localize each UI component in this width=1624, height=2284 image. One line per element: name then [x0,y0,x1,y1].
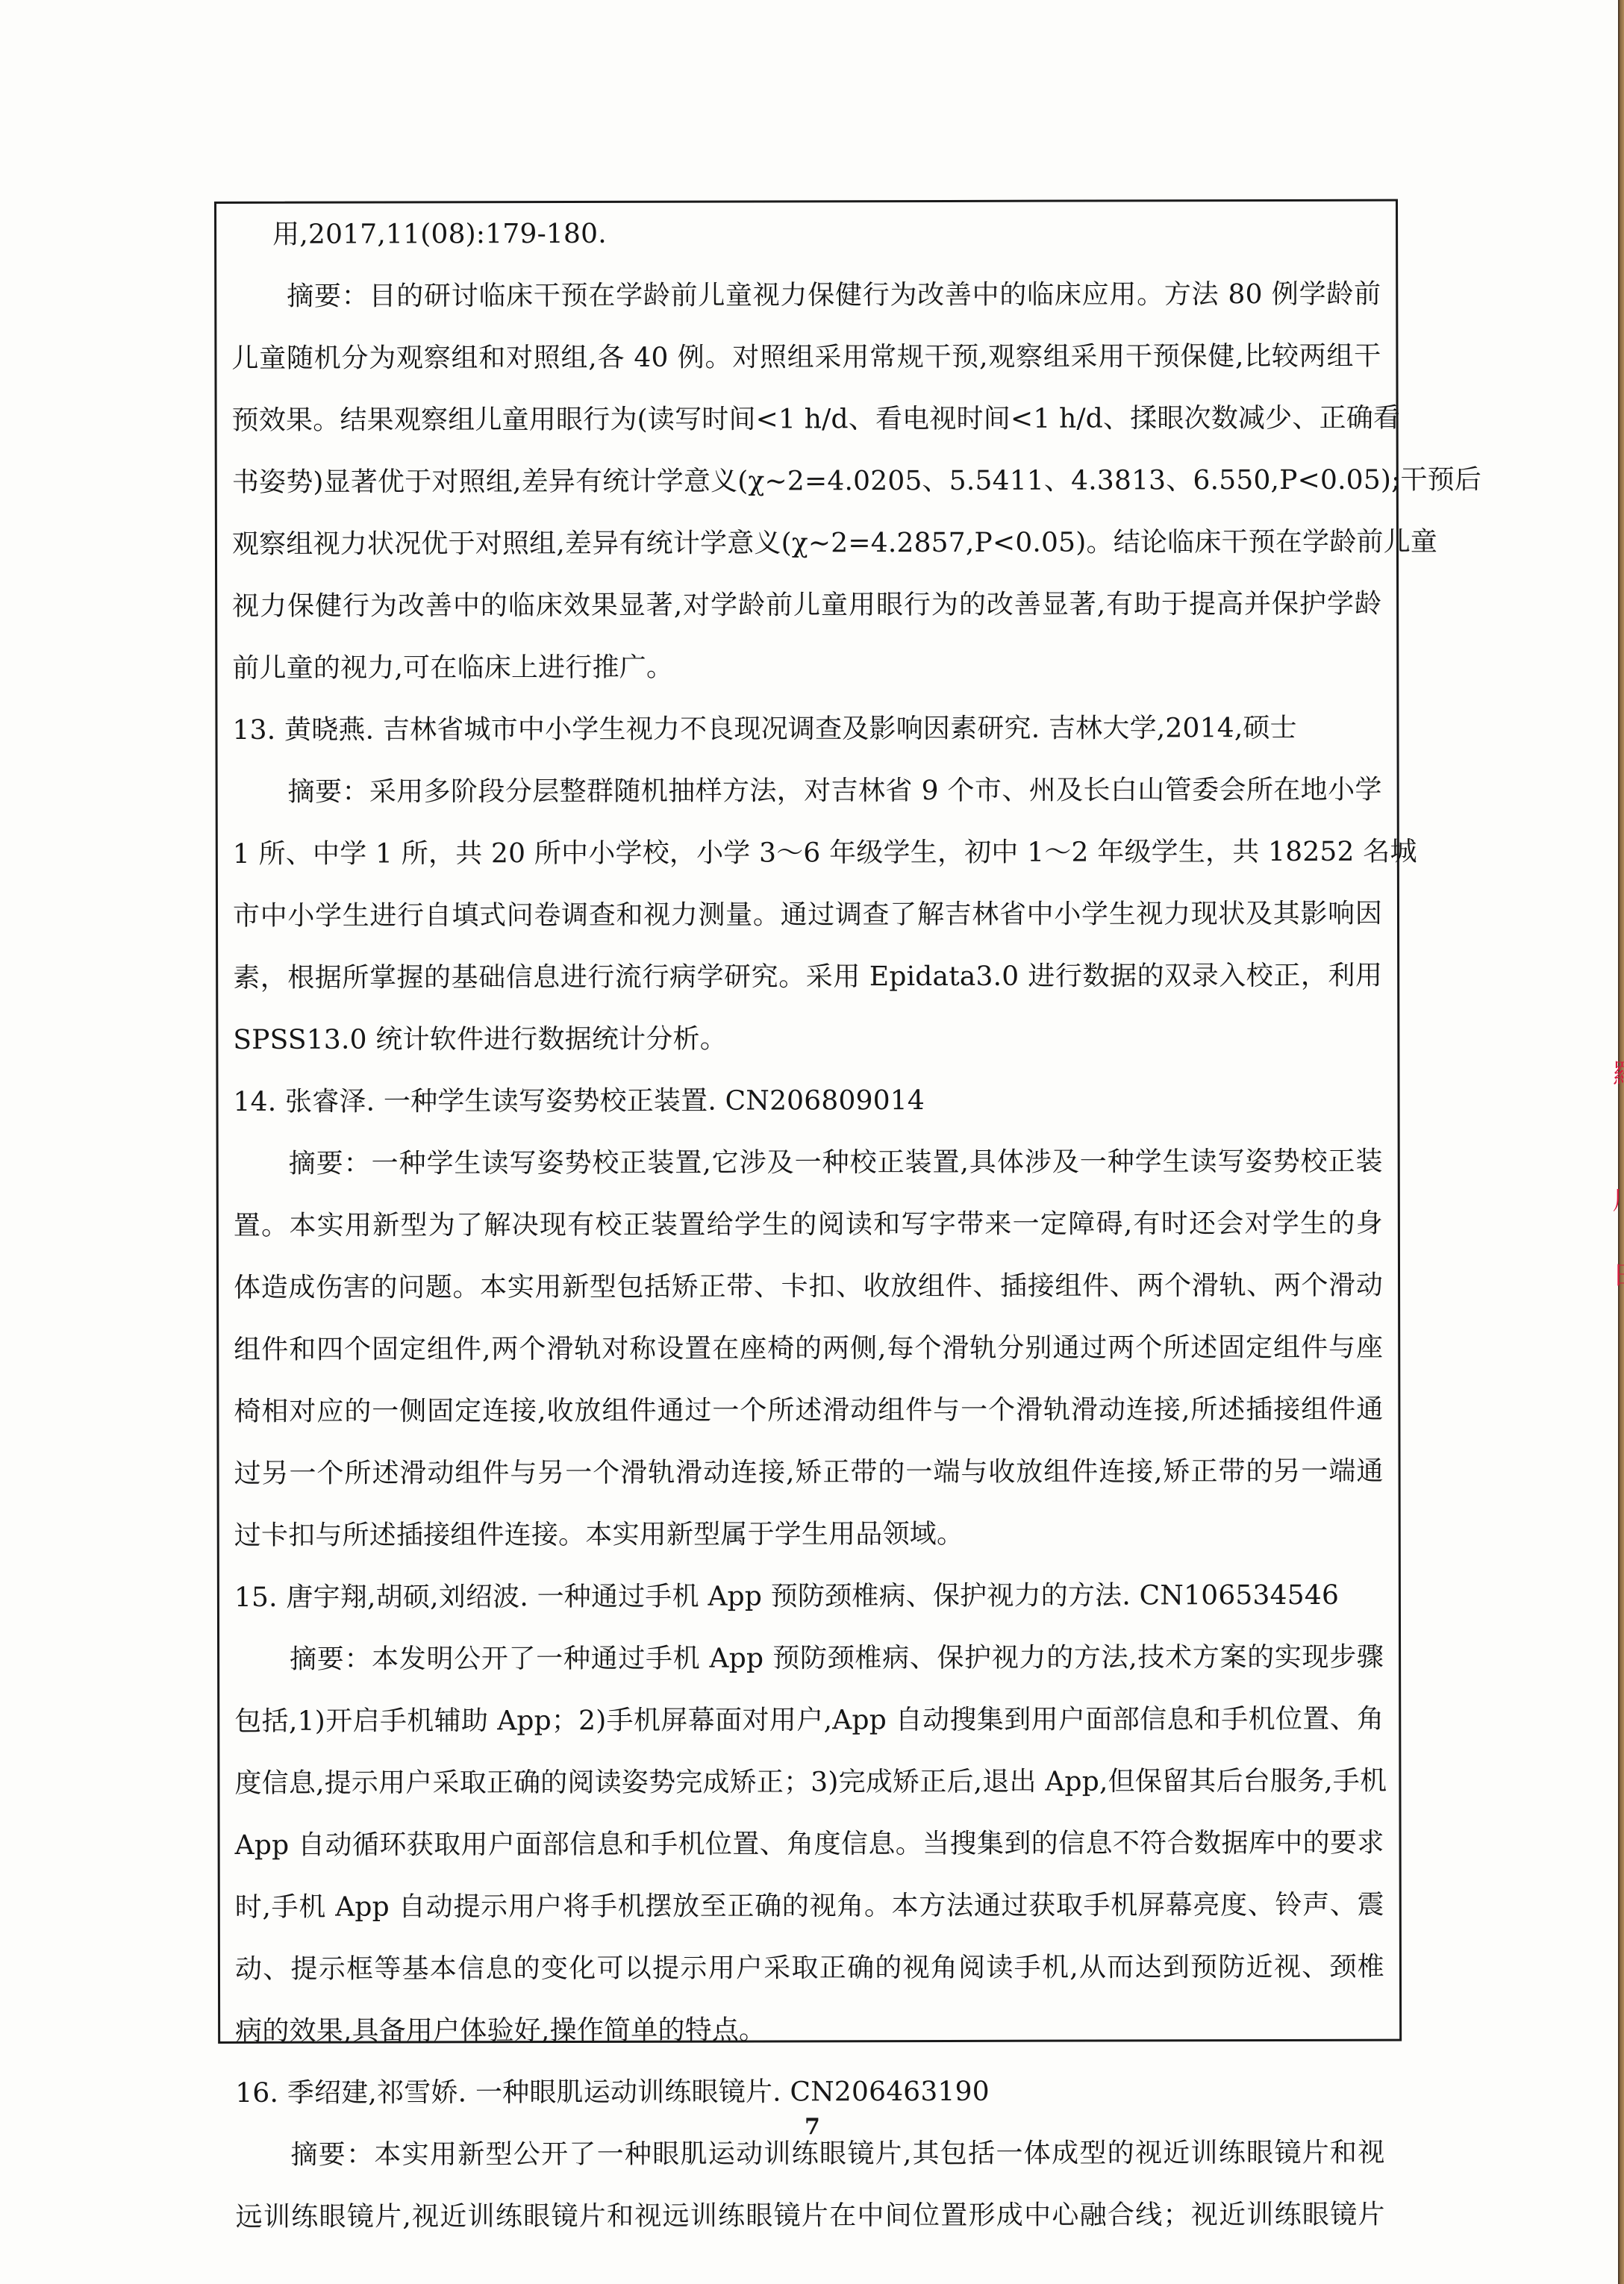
text-line: 置。本实用新型为了解决现有校正装置给学生的阅读和写字带来一定障碍,有时还会对学生… [234,1193,1383,1257]
text-line: App 自动循环获取用户面部信息和手机位置、角度信息。当搜集到的信息不符合数据库… [235,1812,1384,1876]
text-line: 市中小学生进行自填式问卷调查和视力测量。通过调查了解吉林省中小学生视力现状及其影… [233,883,1382,947]
abstract-line: 摘要：本发明公开了一种通过手机 App 预防颈椎病、保护视力的方法,技术方案的实… [234,1626,1384,1691]
reference-13-title: 13. 黄晓燕. 吉林省城市中小学生视力不良现况调查及影响因素研究. 吉林大学,… [232,697,1381,761]
text-line: 病的效果,具备用户体验好,操作简单的特点。 [235,1998,1384,2062]
seal-glyph: 川 [1605,1187,1624,1212]
text-line: 书姿势)显著优于对照组,差异有统计学意义(χ~2=4.0205、5.5411、4… [232,449,1381,514]
text-line: 过卡扣与所述插接组件连接。本实用新型属于学生用品领域。 [234,1503,1384,1567]
text-line: 预效果。结果观察组儿童用眼行为(读写时间<1 h/d、看电视时间<1 h/d、揉… [232,387,1381,452]
text-line: 儿童随机分为观察组和对照组,各 40 例。对照组采用常规干预,观察组采用干预保健… [231,325,1381,390]
seal-glyph: 日 [1605,1261,1624,1287]
text-line: 前儿童的视力,可在临床上进行推广。 [232,635,1381,699]
abstract-line: 摘要：目的研讨临床干预在学龄前儿童视力保健行为改善中的临床应用。方法 80 例学… [231,263,1381,328]
reference-15-title: 15. 唐宇翔,胡硕,刘绍波. 一种通过手机 App 预防颈椎病、保护视力的方法… [234,1564,1384,1629]
text-line: 观察组视力状况优于对照组,差异有统计学意义(χ~2=4.2857,P<0.05)… [232,511,1381,575]
document-frame: 用,2017,11(08):179-180. 摘要：目的研讨临床干预在学龄前儿童… [214,199,1402,2044]
text-line: 用,2017,11(08):179-180. [231,202,1381,266]
text-line: 1 所、中学 1 所，共 20 所中小学校，小学 3～6 年级学生，初中 1～2… [233,821,1382,885]
text-line: 动、提示框等基本信息的变化可以提示用户采取正确的视角阅读手机,从而达到预防近视、… [235,1936,1384,2000]
text-line: 远训练眼镜片,视近训练眼镜片和视远训练眼镜片在中间位置形成中心融合线；视近训练眼… [236,2184,1385,2248]
reference-14-title: 14. 张睿泽. 一种学生读写姿势校正装置. CN206809014 [233,1069,1382,1133]
page-number: 7 [805,2114,820,2140]
red-seal-fragment: 羅 川 日 [1605,1045,1624,1388]
text-line: 椅相对应的一侧固定连接,收放组件通过一个所述滑动组件与一个滑轨滑动连接,所述插接… [234,1379,1383,1443]
abstract-line: 摘要：采用多阶段分层整群随机抽样方法，对吉林省 9 个市、州及长白山管委会所在地… [233,759,1382,823]
text-line: SPSS13.0 统计软件进行数据统计分析。 [233,1007,1382,1071]
text-line: 体造成伤害的问题。本实用新型包括矫正带、卡扣、收放组件、插接组件、两个滑轨、两个… [234,1255,1383,1319]
text-line: 视力保健行为改善中的临床效果显著,对学龄前儿童用眼行为的改善显著,有助于提高并保… [232,573,1381,637]
abstract-line: 摘要：一种学生读写姿势校正装置,它涉及一种校正装置,具体涉及一种学生读写姿势校正… [234,1131,1383,1195]
text-line: 包括,1)开启手机辅助 App；2)手机屏幕面对用户,App 自动搜集到用户面部… [234,1688,1384,1753]
text-line: 过另一个所述滑动组件与另一个滑轨滑动连接,矫正带的一端与收放组件连接,矫正带的另… [234,1441,1383,1505]
text-line: 度信息,提示用户采取正确的阅读姿势完成矫正；3)完成矫正后,退出 App,但保留… [234,1750,1384,1815]
text-line: 时,手机 App 自动提示用户将手机摆放至正确的视角。本方法通过获取手机屏幕亮度… [235,1874,1384,1938]
text-line: 组件和四个固定组件,两个滑轨对称设置在座椅的两侧,每个滑轨分别通过两个所述固定组… [234,1317,1383,1381]
seal-glyph: 羅 [1605,1060,1624,1085]
document-body: 用,2017,11(08):179-180. 摘要：目的研讨临床干预在学龄前儿童… [231,202,1385,2248]
text-line: 素，根据所掌握的基础信息进行流行病学研究。采用 Epidata3.0 进行数据的… [233,945,1382,1009]
